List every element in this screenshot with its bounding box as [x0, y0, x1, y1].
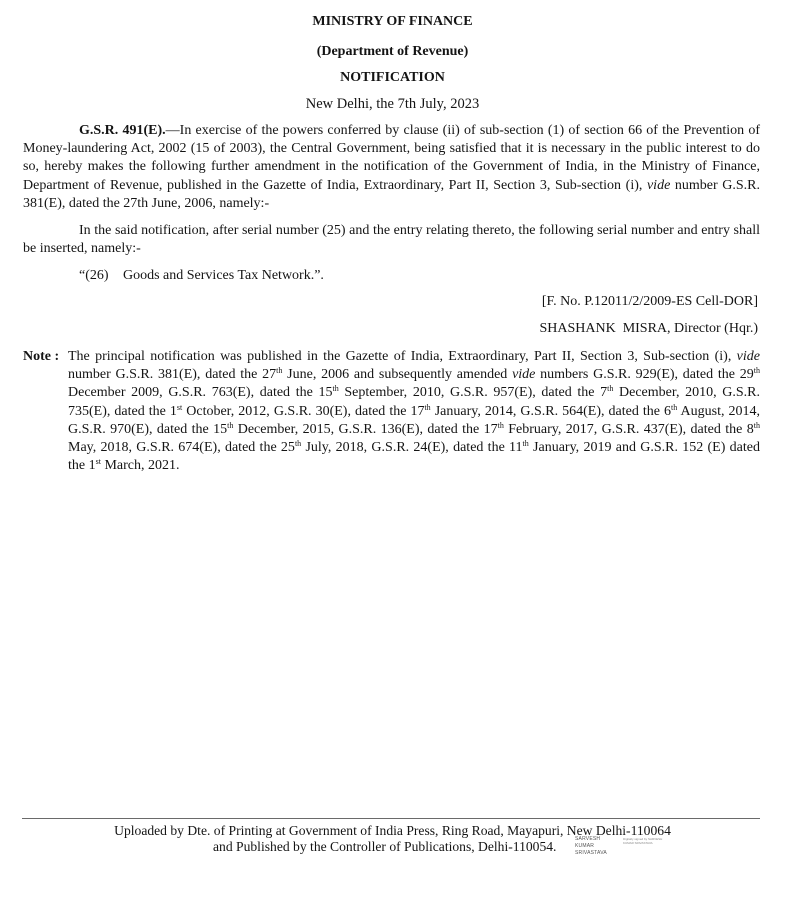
note-text: October, 2012, G.S.R. 30(E), dated the 1… [182, 404, 424, 419]
signatory: SHASHANK MISRA, Director (Hqr.) [539, 321, 758, 337]
note-text: February, 2017, G.S.R. 437(E), dated the… [504, 422, 754, 437]
note-text: July, 2018, G.S.R. 24(E), dated the 11 [301, 440, 522, 455]
digital-signature-meta: Digitally signed by SARVESH KUMAR SRIVAS… [623, 837, 663, 845]
note-text: September, 2010, G.S.R. 957(E), dated th… [339, 385, 607, 400]
entry-text: Goods and Services Tax Network.”. [123, 268, 324, 283]
note-label: Note : [23, 348, 59, 366]
note-body: The principal notification was published… [68, 348, 760, 475]
gazette-page: MINISTRY OF FINANCE (Department of Reven… [0, 0, 785, 900]
digital-signature-stamp: SARVESH KUMAR SRIVASTAVA Digitally signe… [575, 836, 685, 856]
ordinal-suffix: th [754, 421, 760, 430]
note-text: The principal notification was published… [68, 349, 737, 364]
note-text: numbers G.S.R. 929(E), dated the 29 [535, 367, 753, 382]
place-date: New Delhi, the 7th July, 2023 [0, 96, 785, 112]
digital-signature-name: SARVESH KUMAR SRIVASTAVA [575, 836, 615, 857]
vide-word: vide [512, 367, 535, 382]
gsr-number: G.S.R. 491(E). [79, 123, 166, 138]
ministry-heading: MINISTRY OF FINANCE [0, 14, 785, 30]
department-heading: (Department of Revenue) [0, 44, 785, 60]
note-text: May, 2018, G.S.R. 674(E), dated the 25 [68, 440, 295, 455]
amendment-paragraph: In the said notification, after serial n… [23, 222, 760, 258]
note-block: Note : The principal notification was pu… [23, 348, 760, 475]
note-text: January, 2014, G.S.R. 564(E), dated the … [431, 404, 671, 419]
notification-heading: NOTIFICATION [0, 70, 785, 86]
entry-number: “(26) [79, 268, 123, 284]
note-text: number G.S.R. 381(E), dated the 27 [68, 367, 276, 382]
main-paragraph: G.S.R. 491(E).—In exercise of the powers… [23, 122, 760, 213]
note-text: December 2009, G.S.R. 763(E), dated the … [68, 385, 332, 400]
file-number: [F. No. P.12011/2/2009-ES Cell-DOR] [542, 294, 758, 310]
vide-word: vide [647, 178, 670, 193]
ordinal-suffix: th [754, 366, 760, 375]
inserted-entry: “(26)Goods and Services Tax Network.”. [79, 268, 324, 284]
note-text: December, 2015, G.S.R. 136(E), dated the… [233, 422, 497, 437]
vide-word: vide [737, 349, 760, 364]
note-text: June, 2006 and subsequently amended [282, 367, 512, 382]
footer-line-2: and Published by the Controller of Publi… [213, 839, 556, 855]
footer-divider [22, 818, 760, 819]
note-text: March, 2021. [101, 458, 180, 473]
